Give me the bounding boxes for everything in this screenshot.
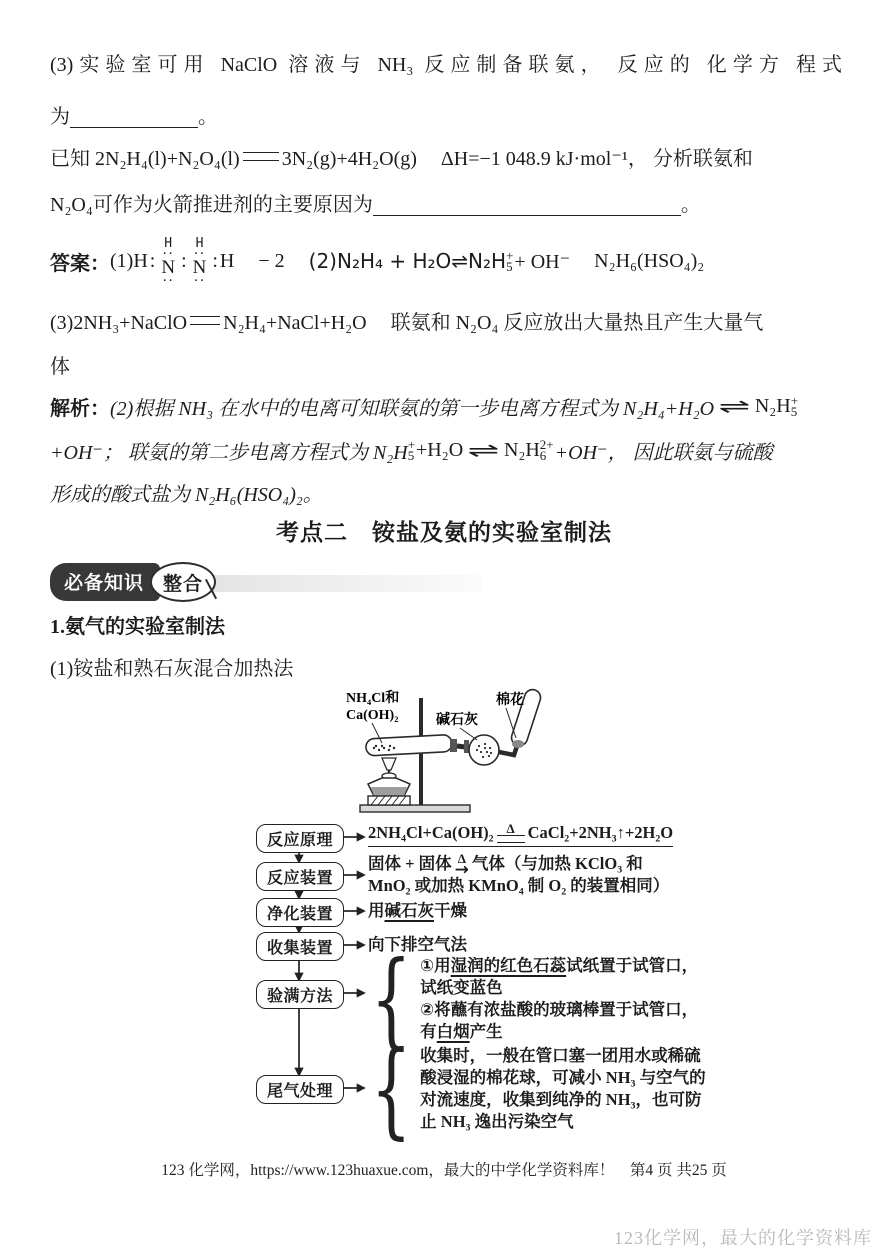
analysis-line-1: 解析： (2)根据 NH₃ 在水中的电离可知联氨的第一步电离方程式为 N₂H₄+… (50, 386, 799, 426)
analysis-text: +OH⁻， 因此联氨与硫酸 (555, 436, 773, 465)
double-line-equals-icon (243, 152, 279, 161)
analysis-text: (2)根据 NH₃ 在水中的电离可知联氨的第一步电离方程式为 N₂H₄+H₂O (110, 392, 714, 421)
bond-colon: : (212, 250, 218, 273)
lewis-nitrogen-group: H ·· N ·· (161, 237, 175, 286)
double-line-equals-icon (190, 316, 220, 325)
reaction-test-tube (366, 735, 453, 756)
page-footer: 123 化学网，https://www.123huaxue.com，最大的中学化… (0, 1158, 888, 1180)
text-run: 体 (50, 356, 70, 378)
reason-text: 联氨和 N₂O₄ 反应放出大量热且产生大量气 (391, 312, 764, 334)
flow-box-collection: 收集装置 (256, 932, 344, 961)
charge-subscript-stack: + 5 (791, 395, 798, 417)
lewis-dots-bottom: ·· (162, 277, 174, 286)
apparatus-diagram: NH₄Cl和 Ca(OH)₂ 碱石灰 棉花 (338, 686, 628, 818)
flow-content-fullness-test: { ①用湿润的红色石蕊试纸置于试管口， 试纸变蓝色 ②将蘸有浓盐酸的玻璃棒置于试… (368, 954, 698, 1044)
underlined-term: 碱石灰 (385, 901, 435, 920)
underlined-term: 白烟 (437, 1022, 470, 1041)
text-run: 已知 2N₂H₄(l)+N₂O₄(l) (50, 148, 240, 170)
bond-colon: : (181, 250, 187, 273)
flow-content-principle: 2NH₄Cl+Ca(OH)₂ Δ CaCl₂+2NH₃↑+2H₂O (368, 822, 673, 847)
delta-symbol: Δ (507, 823, 515, 835)
elbow-delivery-tube (499, 746, 517, 755)
apparatus-line-1: 固体 + 固体 Δ → 气体（与加热 KClO₃ 和 (368, 853, 669, 875)
equilibrium-arrow-icon: ⇌ (719, 394, 751, 418)
drying-bulb (469, 735, 499, 765)
tail-gas-line: 对流速度，收集到纯净的 NH₃，也可防 (420, 1089, 705, 1111)
delta-over-equals-icon: Δ (497, 823, 525, 843)
text-run: 用 (368, 901, 385, 920)
analysis-label: 解析： (50, 392, 110, 421)
subsection-title-1: 1.氨气的实验室制法 (50, 610, 225, 639)
text-run: 产生 (470, 1022, 503, 1041)
known-equation-line: 已知 2N₂H₄(l)+N₂O₄(l)3N₂(g)+4H₂O(g)ΔH=−1 0… (50, 142, 753, 171)
charge-subscript-stack: 2+ 6 (540, 439, 554, 461)
arrow-right-icon: → (455, 865, 469, 875)
badge-left-label: 必备知识 (50, 563, 160, 601)
subsection-title-2: (1)铵盐和熟石灰混合加热法 (50, 652, 293, 681)
underlined-term: 湿润的红色石蕊 (451, 956, 567, 975)
section-heading: 考点二 铵盐及氨的实验室制法 (0, 514, 888, 547)
stand-base (360, 805, 470, 812)
salt-formula: N₂H₆(HSO₄)₂ (594, 250, 704, 273)
subscript: 5 (506, 261, 513, 272)
lewis-dots-bottom: ·· (193, 277, 205, 286)
flow-box-purification: 净化装置 (256, 898, 344, 927)
text-run: N₂O₄可作为火箭推进剂的主要原因为 (50, 194, 373, 216)
flow-content-apparatus: 固体 + 固体 Δ → 气体（与加热 KClO₃ 和 MnO₂ 或加热 KMnO… (368, 853, 669, 897)
tail-gas-line: 收集时，一般在管口塞一团用水或稀硫 (420, 1045, 705, 1067)
flow-content-purification: 用碱石灰干燥 (368, 900, 467, 922)
test-line: 有白烟产生 (420, 1021, 698, 1043)
flow-box-fullness-test: 验满方法 (256, 980, 344, 1009)
question-line-4: N₂O₄可作为火箭推进剂的主要原因为。 (50, 188, 701, 217)
charge-subscript-stack: + 5 (506, 250, 513, 272)
test-line: 试纸变蓝色 (420, 977, 698, 999)
tail-gas-lines: 收集时，一般在管口塞一团用水或稀硫 酸浸湿的棉花球，可减小 NH₃ 与空气的 对… (420, 1045, 705, 1133)
watermark: 123化学网，最大的化学资料库 (614, 1224, 872, 1250)
text-run: 干燥 (434, 901, 467, 920)
text-run: ①用 (420, 956, 450, 975)
answer-line-2: (3)2NH₃+NaClON₂H₄+NaCl+H₂O联氨和 N₂O₄ 反应放出大… (50, 306, 763, 335)
tail-gas-line: 酸浸湿的棉花球，可减小 NH₃ 与空气的 (420, 1067, 705, 1089)
fullness-test-lines: ①用湿润的红色石蕊试纸置于试管口， 试纸变蓝色 ②将蘸有浓盐酸的玻璃棒置于试管口… (420, 955, 698, 1043)
subscript: 6 (540, 450, 547, 461)
tail-gas-line: 止 NH₃ 逸出污染空气 (420, 1111, 705, 1133)
text-run: 。 (198, 106, 218, 128)
question-line-1: (3)实验室可用 NaClO 溶液与 NH₃ 反应制备联氨， 反应的 化学方 程… (50, 48, 842, 77)
badge-gradient-bar (192, 575, 482, 592)
knowledge-badge: 必备知识 整合 (50, 562, 482, 602)
answer-line-1: 答案： (1)H : H ·· N ·· : H ·· N ·· : H − 2… (50, 230, 704, 292)
soda-lime-label: 碱石灰 (436, 711, 478, 728)
flame (382, 758, 396, 770)
document-page: (3)实验室可用 NaClO 溶液与 NH₃ 反应制备联氨， 反应的 化学方 程… (0, 0, 888, 1255)
lewis-nitrogen-group: H ·· N ·· (193, 237, 207, 286)
text-run: 有 (420, 1022, 437, 1041)
text-run: 固体 + 固体 (368, 853, 452, 875)
cotton-plug (512, 740, 524, 748)
text-run: 试纸置于试管口， (566, 956, 698, 975)
formula: N₂H (755, 395, 791, 418)
text-run: 为 (50, 106, 70, 128)
equation-lhs: (3)2NH₃+NaClO (50, 312, 187, 334)
test-line: ②将蘸有浓盐酸的玻璃棒置于试管口， (420, 999, 698, 1021)
bond-colon: : (150, 250, 156, 273)
text-run: + OH⁻ (514, 249, 570, 274)
text-run: 3N₂(g)+4H₂O(g) (282, 148, 417, 170)
answer-blank-line (70, 105, 198, 128)
reaction-equation: 2NH₄Cl+Ca(OH)₂ Δ CaCl₂+2NH₃↑+2H₂O (368, 822, 673, 847)
oxidation-number: − 2 (258, 250, 284, 273)
subscript: 5 (791, 406, 798, 417)
analysis-line-3: 形成的酸式盐为 N₂H₆(HSO₄)₂。 (50, 478, 323, 507)
connector-tube (457, 746, 465, 747)
flow-content-tail-gas: { 收集时，一般在管口塞一团用水或稀硫 酸浸湿的棉花球，可减小 NH₃ 与空气的… (368, 1044, 706, 1134)
flow-box-reaction-apparatus: 反应装置 (256, 862, 344, 891)
delta-over-arrow-icon: Δ → (455, 853, 469, 875)
left-brace: { (371, 1044, 412, 1134)
equilibrium-arrow-icon: ⇌ (468, 438, 500, 462)
ionization-equation: (2)N₂H₄ + H₂O⇌N₂H (309, 249, 506, 273)
test-line: ①用湿润的红色石蕊试纸置于试管口， (420, 955, 698, 977)
equation-rhs: N₂H₄+NaCl+H₂O (223, 312, 366, 334)
lewis-h-end: H (220, 250, 234, 273)
text-run: (1)H (110, 250, 148, 273)
equation-lhs: 2NH₄Cl+Ca(OH)₂ (368, 822, 494, 844)
flow-box-tail-gas: 尾气处理 (256, 1075, 344, 1104)
text-run: ②将蘸有浓盐酸的玻璃棒置于试管口， (420, 1000, 698, 1019)
lamp-alcohol (371, 787, 407, 796)
flow-box-reaction-principle: 反应原理 (256, 824, 344, 853)
double-line-equals-icon (497, 835, 525, 843)
charge-subscript-stack: + 5 (408, 439, 415, 461)
answer-blank-line (373, 193, 681, 216)
soda-lime-pointer-line (460, 728, 477, 740)
equation-rhs: CaCl₂+2NH₃↑+2H₂O (528, 822, 673, 844)
answer-line-3: 体 (50, 350, 70, 379)
cotton-label: 棉花 (496, 691, 524, 708)
reagent-label-line2: Ca(OH)₂ (346, 708, 398, 723)
flowchart: 反应原理 反应装置 净化装置 收集装置 验满方法 尾气处理 2NH₄Cl+Ca(… (256, 820, 866, 1138)
text-run: 。 (681, 194, 701, 216)
question-line-2: 为。 (50, 100, 218, 129)
apparatus-line-2: MnO₂ 或加热 KMnO₄ 制 O₂ 的装置相同） (368, 875, 669, 897)
text-run: 试纸变蓝色 (420, 978, 503, 997)
formula: N₂H (504, 439, 540, 462)
analysis-text: +OH⁻； 联氨的第二步电离方程式为 N₂H (50, 436, 408, 465)
subscript: 5 (408, 450, 415, 461)
answer-label: 答案： (50, 247, 110, 276)
formula: +H₂O (416, 439, 463, 462)
enthalpy-text: ΔH=−1 048.9 kJ·mol⁻¹， 分析联氨和 (441, 148, 753, 170)
analysis-line-2: +OH⁻； 联氨的第二步电离方程式为 N₂H + 5 +H₂O ⇌ N₂H 2+… (50, 430, 773, 470)
cotton-pointer-line (506, 708, 516, 738)
reagent-label-line1: NH₄Cl和 (346, 689, 399, 706)
rubber-stopper (450, 739, 457, 752)
text-run: 气体（与加热 KClO₃ 和 (472, 853, 643, 875)
